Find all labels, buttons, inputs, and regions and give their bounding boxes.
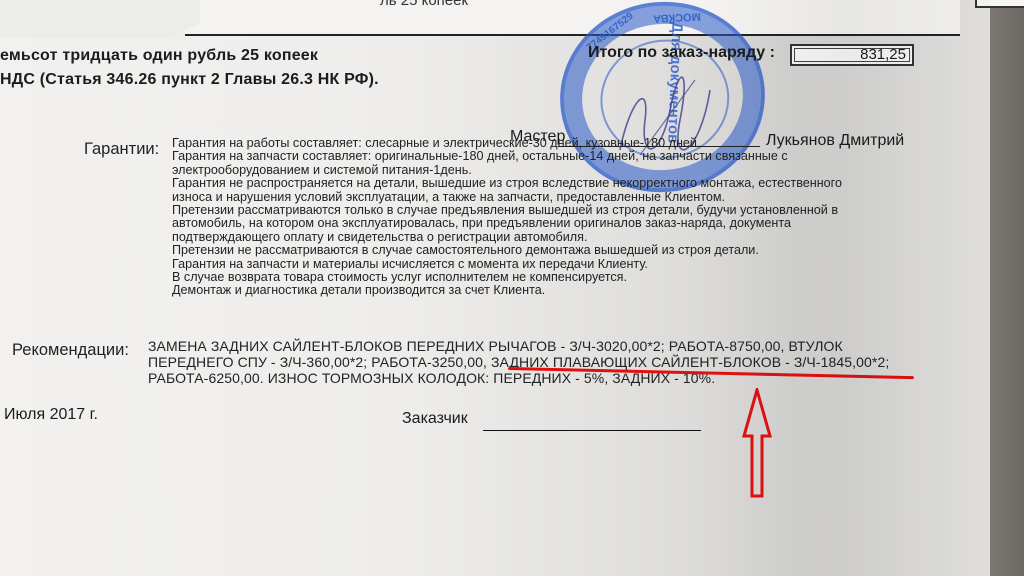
recommendation-line: ЗАМЕНА ЗАДНИХ САЙЛЕНТ-БЛОКОВ ПЕРЕДНИХ РЫ… (148, 338, 918, 354)
customer-signature-line (483, 430, 701, 431)
recommendations-text: ЗАМЕНА ЗАДНИХ САЙЛЕНТ-БЛОКОВ ПЕРЕДНИХ РЫ… (148, 338, 918, 386)
guarantee-line: Демонтаж и диагностика детали производит… (172, 284, 912, 297)
vat-note: НДС (Статья 346.26 пункт 2 Главы 26.3 НК… (0, 68, 379, 92)
guarantee-line: подтверждающего оплату и свидетельства о… (172, 231, 912, 244)
document-date: Июля 2017 г. (4, 406, 98, 424)
guarantee-line: автомобиль, на котором она эксплуатирова… (172, 217, 912, 230)
recommendations-label: Рекомендации: (12, 341, 129, 360)
previous-total-box: 831,25 (975, 0, 1024, 8)
amount-in-words: емьсот тридцать один рубль 25 копеек (0, 44, 379, 68)
guarantees-label: Гарантии: (84, 140, 159, 159)
cut-off-text: ль 25 копеек (380, 0, 468, 9)
folded-top-section: ль 25 копеек 831,25 (185, 0, 960, 36)
guarantee-line: Претензии не рассматриваются в случае са… (172, 244, 912, 257)
paper-fold (0, 0, 200, 38)
guarantee-line: износа и нарушения условий эксплуатации,… (172, 191, 912, 204)
guarantee-line: Гарантия не распространяется на детали, … (172, 177, 912, 190)
guarantee-line: Гарантия на работы составляет: слесарные… (172, 137, 912, 150)
guarantee-line: Гарантия на запчасти и материалы исчисля… (172, 258, 912, 271)
total-value-box: 831,25 (790, 44, 914, 66)
guarantee-line: электрооборудованием и системой питания-… (172, 164, 912, 177)
customer-label: Заказчик (402, 410, 468, 428)
guarantee-line: Претензии рассматриваются только в случа… (172, 204, 912, 217)
amount-in-words-block: емьсот тридцать один рубль 25 копеек НДС… (0, 44, 379, 92)
red-up-arrow-icon (742, 388, 772, 500)
recommendation-line: РАБОТА-6250,00. ИЗНОС ТОРМОЗНЫХ КОЛОДОК:… (148, 370, 918, 386)
guarantee-line: Гарантия на запчасти составляет: оригина… (172, 150, 912, 163)
guarantees-text: Гарантия на работы составляет: слесарные… (172, 137, 912, 298)
guarantee-line: В случае возврата товара стоимость услуг… (172, 271, 912, 284)
